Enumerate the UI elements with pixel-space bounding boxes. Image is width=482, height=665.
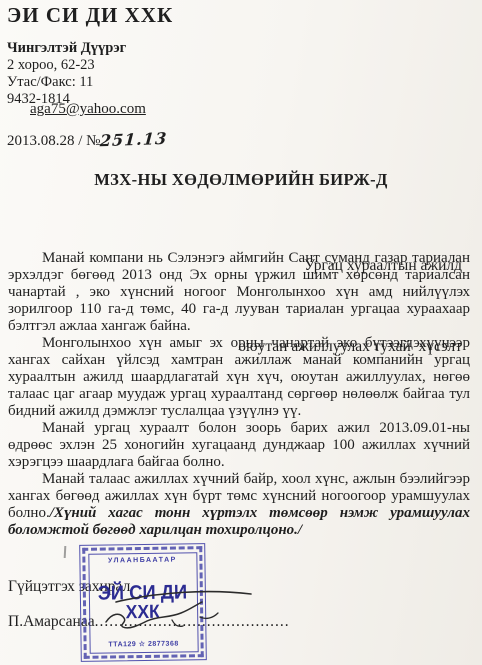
address-line: 2 хороо, 62-23 (7, 57, 126, 74)
paragraph: Манай талаас ажиллах хүчний байр, хоол х… (8, 471, 470, 539)
letter-title: МЗХ-НЫ ХӨДӨЛМӨРИЙН БИРЖ-Д (0, 170, 482, 190)
paragraph: Манай ургац хураалт болон зоорь барих аж… (8, 420, 470, 471)
paragraph-italic-note: /Хүний хагас тонн хүртэлх төмсөөр нэмж у… (8, 505, 470, 538)
paragraph: Манай компани нь Сэлэнэгэ аймгийн Сант с… (8, 250, 470, 335)
ref-number-handwritten: 251.13 (100, 129, 169, 150)
address-line: Чингэлтэй Дүүрэг (7, 40, 126, 57)
scan-artifact (64, 546, 67, 558)
scanned-letter-page: ЭИ СИ ДИ ХХК Чингэлтэй Дүүрэг 2 хороо, 6… (0, 0, 482, 665)
address-line: Утас/Факс: 11 (7, 74, 126, 91)
stamp-reg-number: ТТА129 ☆ 2877368 (108, 640, 178, 649)
date-text: 2013.08.28 (7, 133, 75, 149)
company-name: ЭИ СИ ДИ ХХК (7, 3, 173, 28)
date-ref-line: 2013.08.28 / №251.13 (7, 130, 168, 150)
paragraph-text: Монголынхоо хүн амыг эх орны чанартай эк… (8, 335, 470, 419)
stamp-city: УЛААНБААТАР (108, 557, 177, 565)
email-line: aga75@yahoo.com (30, 101, 146, 118)
letter-body: Манай компани нь Сэлэнэгэ аймгийн Сант с… (8, 250, 470, 539)
paragraph-text: Манай ургац хураалт болон зоорь барих аж… (8, 420, 470, 470)
ref-prefix: № (86, 133, 100, 149)
ref-separator: / (78, 133, 82, 149)
handwritten-signature (88, 576, 258, 631)
address-block: Чингэлтэй Дүүрэг 2 хороо, 62-23 Утас/Фак… (7, 40, 126, 108)
email-text: aga75@yahoo.com (30, 101, 146, 117)
paragraph: Монголынхоо хүн амыг эх орны чанартай эк… (8, 335, 470, 420)
paragraph-text: Манай компани нь Сэлэнэгэ аймгийн Сант с… (8, 250, 470, 334)
